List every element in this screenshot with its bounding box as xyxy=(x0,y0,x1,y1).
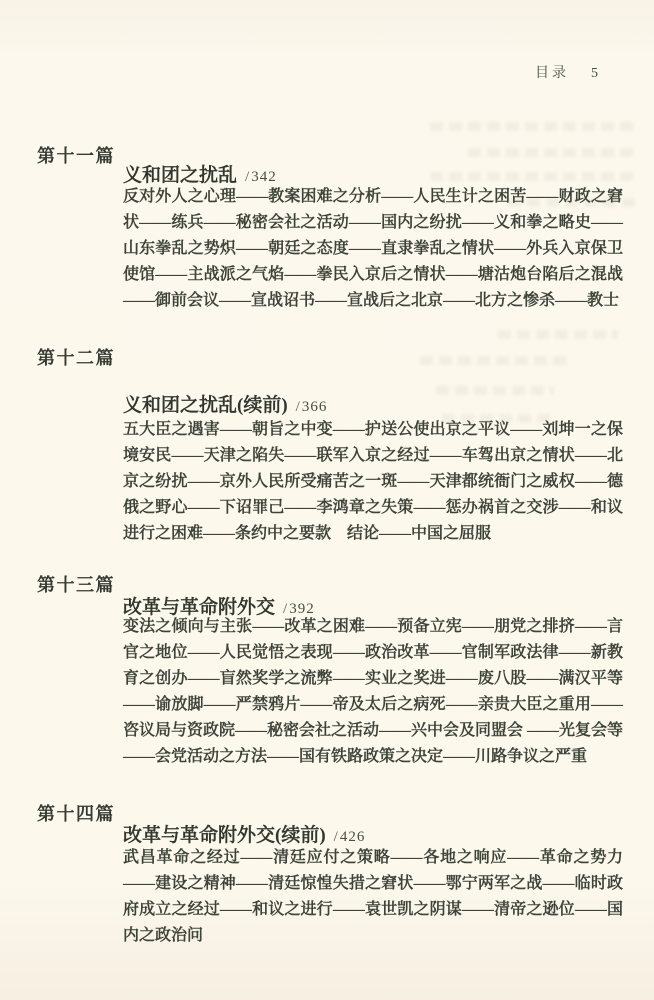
chapter-label: 第十二篇 xyxy=(37,344,115,370)
show-through-artifact xyxy=(436,386,554,395)
section-summary: 五大臣之遇害——朝旨之中变——护送公使出京之平议——刘坤一之保境安民——天津之陷… xyxy=(123,417,623,547)
show-through-artifact xyxy=(498,330,618,339)
title-separator: / xyxy=(334,829,338,845)
show-through-artifact xyxy=(430,122,638,131)
title-separator: / xyxy=(296,399,300,415)
show-through-artifact xyxy=(468,148,638,157)
section-title-text: 改革与革命附外交(续前) xyxy=(123,825,326,846)
section-page-number: 426 xyxy=(340,829,366,845)
section-page-number: 366 xyxy=(302,399,328,415)
section-summary: 武昌革命之经过——清廷应付之策略——各地之响应——革命之势力——建设之精神——清… xyxy=(123,845,623,949)
section-title: 义和团之扰乱(续前)/366 xyxy=(123,390,327,417)
section-title: 义和团之扰乱/342 xyxy=(123,160,277,187)
section-title-text: 义和团之扰乱(续前) xyxy=(123,395,288,416)
chapter-label: 第十一篇 xyxy=(37,142,115,168)
section-summary: 反对外人之心理——教案困难之分析——人民生计之困苦——财政之窘状——练兵——秘密… xyxy=(123,184,623,314)
running-head-title: 目录 xyxy=(535,62,569,82)
show-through-artifact xyxy=(420,356,570,365)
chapter-label: 第十三篇 xyxy=(37,571,115,597)
section-title: 改革与革命附外交(续前)/426 xyxy=(123,820,365,847)
chapter-label: 第十四篇 xyxy=(37,800,115,826)
title-separator: / xyxy=(245,169,249,185)
section-title-text: 义和团之扰乱 xyxy=(123,165,237,186)
section-page-number: 342 xyxy=(251,169,277,185)
show-through-artifact xyxy=(430,172,638,181)
book-toc-page: 目录 5 第十一篇 义和团之扰乱/342 反对外人之心理——教案困难之分析——人… xyxy=(0,0,654,1000)
section-summary: 变法之倾向与主张——改革之困难——预备立宪——朋党之排挤——言官之地位——人民觉… xyxy=(123,614,623,770)
running-head: 目录 5 xyxy=(535,62,598,82)
running-head-page-number: 5 xyxy=(591,66,598,82)
